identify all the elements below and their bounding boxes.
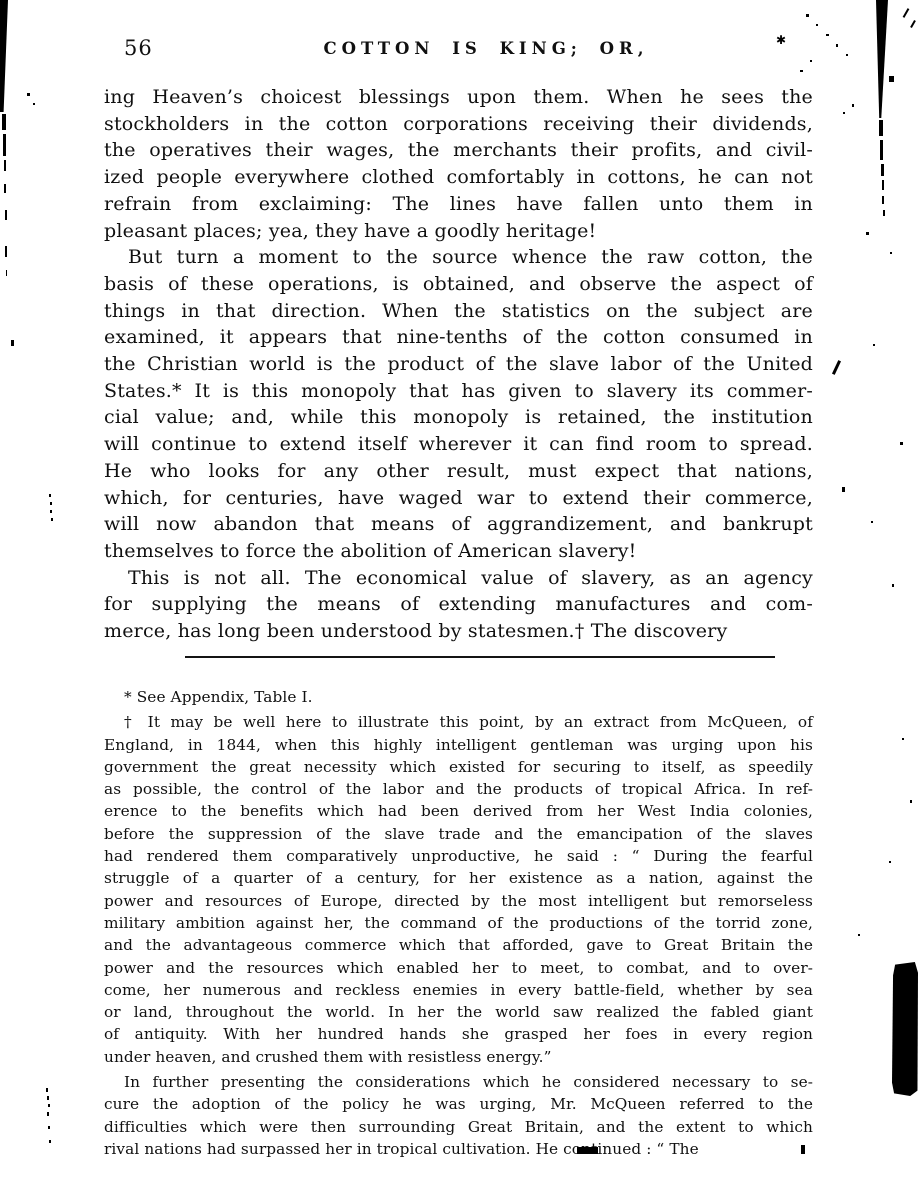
text-line: pleasant places; yea, they have a goodly…	[104, 218, 813, 245]
text-line: * See Appendix, Table I.	[104, 686, 813, 708]
ink-speck-artifact	[806, 14, 809, 17]
ink-speck-artifact	[836, 44, 838, 47]
text-line: struggle of a quarter of a century, for …	[104, 867, 813, 889]
text-line: In further presenting the considerations…	[104, 1071, 813, 1093]
ink-speck-artifact	[890, 252, 892, 254]
ink-speck-artifact	[50, 502, 52, 505]
text-line: for supplying the means of extending man…	[104, 591, 813, 618]
ink-speck-artifact	[892, 962, 918, 1096]
ink-speck-artifact	[48, 1126, 50, 1129]
ink-speck-artifact	[902, 738, 904, 740]
footnotes: * See Appendix, Table I.† It may be well…	[104, 686, 813, 1160]
ink-speck-artifact	[858, 934, 860, 936]
text-line: difficulties which were then surrounding…	[104, 1116, 813, 1138]
text-line: themselves to force the abolition of Ame…	[104, 538, 813, 565]
text-line: He who looks for any other result, must …	[104, 458, 813, 485]
ink-speck-artifact	[810, 60, 812, 62]
ink-speck-artifact	[900, 442, 903, 445]
text-line: come, her numerous and reckless enemies …	[104, 979, 813, 1001]
text-line: cial value; and, while this monopoly is …	[104, 404, 813, 431]
text-line: basis of these operations, is obtained, …	[104, 271, 813, 298]
text-line: power and the resources which enabled he…	[104, 957, 813, 979]
text-line: cure the adoption of the policy he was u…	[104, 1093, 813, 1115]
paragraph: But turn a moment to the source whence t…	[104, 244, 813, 564]
ink-speck-artifact	[832, 360, 841, 375]
ink-speck-artifact	[816, 24, 818, 26]
text-line: of antiquity. With her hundred hands she…	[104, 1023, 813, 1045]
ink-speck-artifact	[880, 140, 883, 160]
text-line: things in that direction. When the stati…	[104, 298, 813, 325]
ink-speck-artifact: ✱	[776, 34, 788, 46]
text-line: † It may be well here to illustrate this…	[104, 711, 813, 733]
ink-speck-artifact	[889, 861, 891, 863]
paragraph: In further presenting the considerations…	[104, 1071, 813, 1160]
ink-speck-artifact	[33, 103, 35, 105]
ink-speck-artifact	[852, 104, 854, 107]
ink-speck-artifact	[6, 270, 7, 276]
ink-speck-artifact	[46, 1088, 48, 1092]
scanned-book-page: 56 COTTON IS KING; OR, ing Heaven’s choi…	[0, 0, 918, 1200]
running-title: COTTON IS KING; OR,	[186, 39, 786, 58]
footnote-separator-rule	[185, 656, 775, 658]
ink-speck-artifact	[577, 1147, 598, 1154]
ink-speck-artifact	[47, 1096, 49, 1100]
page-number: 56	[124, 36, 153, 60]
text-line: the operatives their wages, the merchant…	[104, 137, 813, 164]
text-line: ized people everywhere clothed comfortab…	[104, 164, 813, 191]
ink-speck-artifact	[47, 1112, 49, 1116]
ink-speck-artifact	[866, 232, 869, 235]
ink-speck-artifact	[49, 494, 51, 497]
ink-speck-artifact	[881, 164, 884, 176]
ink-speck-artifact	[49, 1140, 51, 1143]
text-line: erence to the benefits which had been de…	[104, 800, 813, 822]
ink-speck-artifact	[872, 0, 888, 118]
ink-speck-artifact	[889, 76, 894, 82]
paragraph: ing Heaven’s choicest blessings upon the…	[104, 84, 813, 244]
text-line: or land, throughout the world. In her th…	[104, 1001, 813, 1023]
ink-speck-artifact	[4, 160, 6, 171]
text-line: This is not all. The economical value of…	[104, 565, 813, 592]
ink-speck-artifact	[3, 134, 6, 156]
ink-speck-artifact	[882, 180, 884, 190]
body-text: ing Heaven’s choicest blessings upon the…	[104, 84, 813, 645]
text-line: and the advantageous commerce which that…	[104, 934, 813, 956]
text-line: government the great necessity which exi…	[104, 756, 813, 778]
text-line: the Christian world is the product of th…	[104, 351, 813, 378]
ink-speck-artifact	[910, 800, 912, 803]
text-line: examined, it appears that nine-tenths of…	[104, 324, 813, 351]
text-line: rival nations had surpassed her in tropi…	[104, 1138, 813, 1160]
text-line: will continue to extend itself wherever …	[104, 431, 813, 458]
ink-speck-artifact	[883, 210, 885, 216]
text-line: ing Heaven’s choicest blessings upon the…	[104, 84, 813, 111]
ink-speck-artifact	[0, 0, 8, 112]
ink-speck-artifact	[903, 8, 910, 18]
ink-speck-artifact	[50, 510, 52, 513]
text-line: which, for centuries, have waged war to …	[104, 485, 813, 512]
ink-speck-artifact	[51, 518, 53, 521]
ink-speck-artifact	[843, 112, 845, 114]
text-line: before the suppression of the slave trad…	[104, 823, 813, 845]
ink-speck-artifact	[882, 196, 884, 204]
text-line: refrain from exclaiming: The lines have …	[104, 191, 813, 218]
text-line: But turn a moment to the source whence t…	[104, 244, 813, 271]
paragraph: This is not all. The economical value of…	[104, 565, 813, 645]
text-line: merce, has long been understood by state…	[104, 618, 813, 645]
ink-speck-artifact	[910, 20, 916, 28]
ink-speck-artifact	[846, 54, 848, 56]
ink-speck-artifact	[5, 210, 7, 220]
ink-speck-artifact	[4, 184, 6, 193]
text-line: will now abandon that means of aggrandiz…	[104, 511, 813, 538]
text-line: England, in 1844, when this highly intel…	[104, 734, 813, 756]
ink-speck-artifact	[801, 1145, 805, 1154]
text-line: under heaven, and crushed them with resi…	[104, 1046, 813, 1068]
paragraph: † It may be well here to illustrate this…	[104, 711, 813, 1068]
ink-speck-artifact	[27, 93, 30, 96]
ink-speck-artifact	[879, 120, 883, 136]
ink-speck-artifact	[873, 344, 875, 346]
ink-speck-artifact	[871, 521, 873, 523]
ink-speck-artifact	[842, 487, 845, 492]
text-line: as possible, the control of the labor an…	[104, 778, 813, 800]
ink-speck-artifact	[11, 340, 14, 346]
ink-speck-artifact	[48, 1104, 50, 1107]
ink-speck-artifact	[5, 246, 7, 257]
ink-speck-artifact	[892, 584, 894, 587]
text-line: stockholders in the cotton corporations …	[104, 111, 813, 138]
ink-speck-artifact	[2, 114, 6, 130]
text-line: military ambition against her, the comma…	[104, 912, 813, 934]
text-line: had rendered them comparatively unproduc…	[104, 845, 813, 867]
ink-speck-artifact	[800, 70, 803, 72]
text-line: power and resources of Europe, directed …	[104, 890, 813, 912]
text-line: States.* It is this monopoly that has gi…	[104, 378, 813, 405]
paragraph: * See Appendix, Table I.	[104, 686, 813, 708]
ink-speck-artifact	[826, 34, 829, 36]
